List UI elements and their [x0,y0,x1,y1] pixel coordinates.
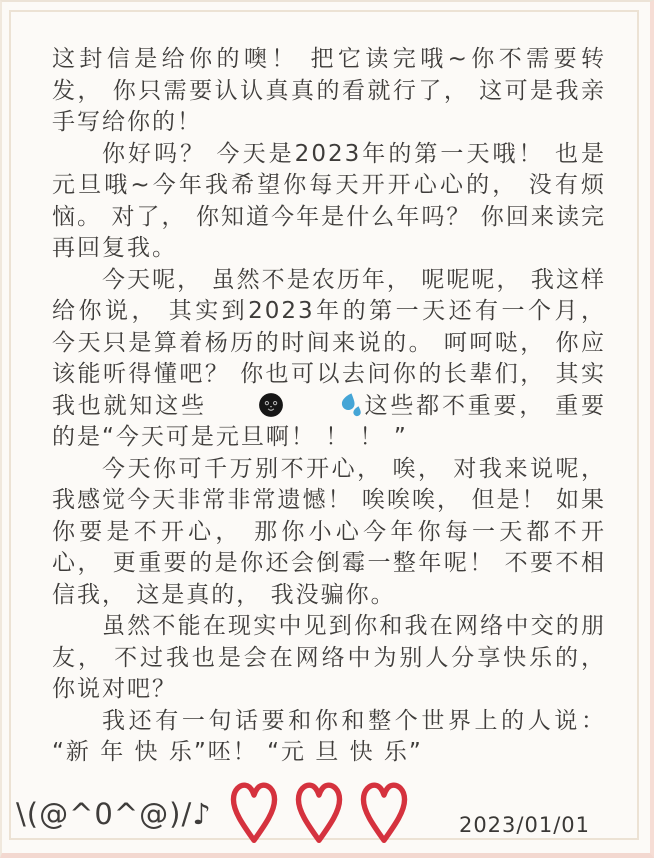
paragraph-5: 虽然不能在现实中见到你和我在网络中交的朋友， 不过我也是会在网络中为别人分享快乐… [52,611,606,706]
sweat-droplets-icon [286,392,363,418]
heart-icon [356,773,412,851]
paragraph-2: 你好吗？ 今天是2023年的第一天哦！ 也是元旦哦~今年我希望你每天开开心心的，… [52,139,606,265]
heart-icon [226,773,282,851]
paragraph-1: 这封信是给你的噢！ 把它读完哦~你不需要转发， 你只需要认认真真的看就行了， 这… [52,44,606,139]
hearts-row [226,773,412,851]
paragraph-3: 今天呢， 虽然不是农历年， 呢呢呢， 我这样给你说， 其实到2023年的第一天还… [52,265,606,454]
heart-icon [291,773,347,851]
kaomoji-text: \(@^0^@)/♪ [16,797,212,831]
new-moon-face-icon [208,392,284,418]
paragraph-4: 今天你可千万别不开心， 唉， 对我来说呢， 我感觉今天非常非常遗憾！ 唉唉唉， … [52,454,606,612]
date-text: 2023/01/01 [459,813,590,837]
letter-page: 这封信是给你的噢！ 把它读完哦~你不需要转发， 你只需要认认真真的看就行了， 这… [0,0,654,858]
letter-body: 这封信是给你的噢！ 把它读完哦~你不需要转发， 你只需要认认真真的看就行了， 这… [52,44,606,769]
paragraph-6: 我还有一句话要和你和整个世界上的人说： “新 年 快 乐”呸！ “元 旦 快 乐… [52,706,606,769]
